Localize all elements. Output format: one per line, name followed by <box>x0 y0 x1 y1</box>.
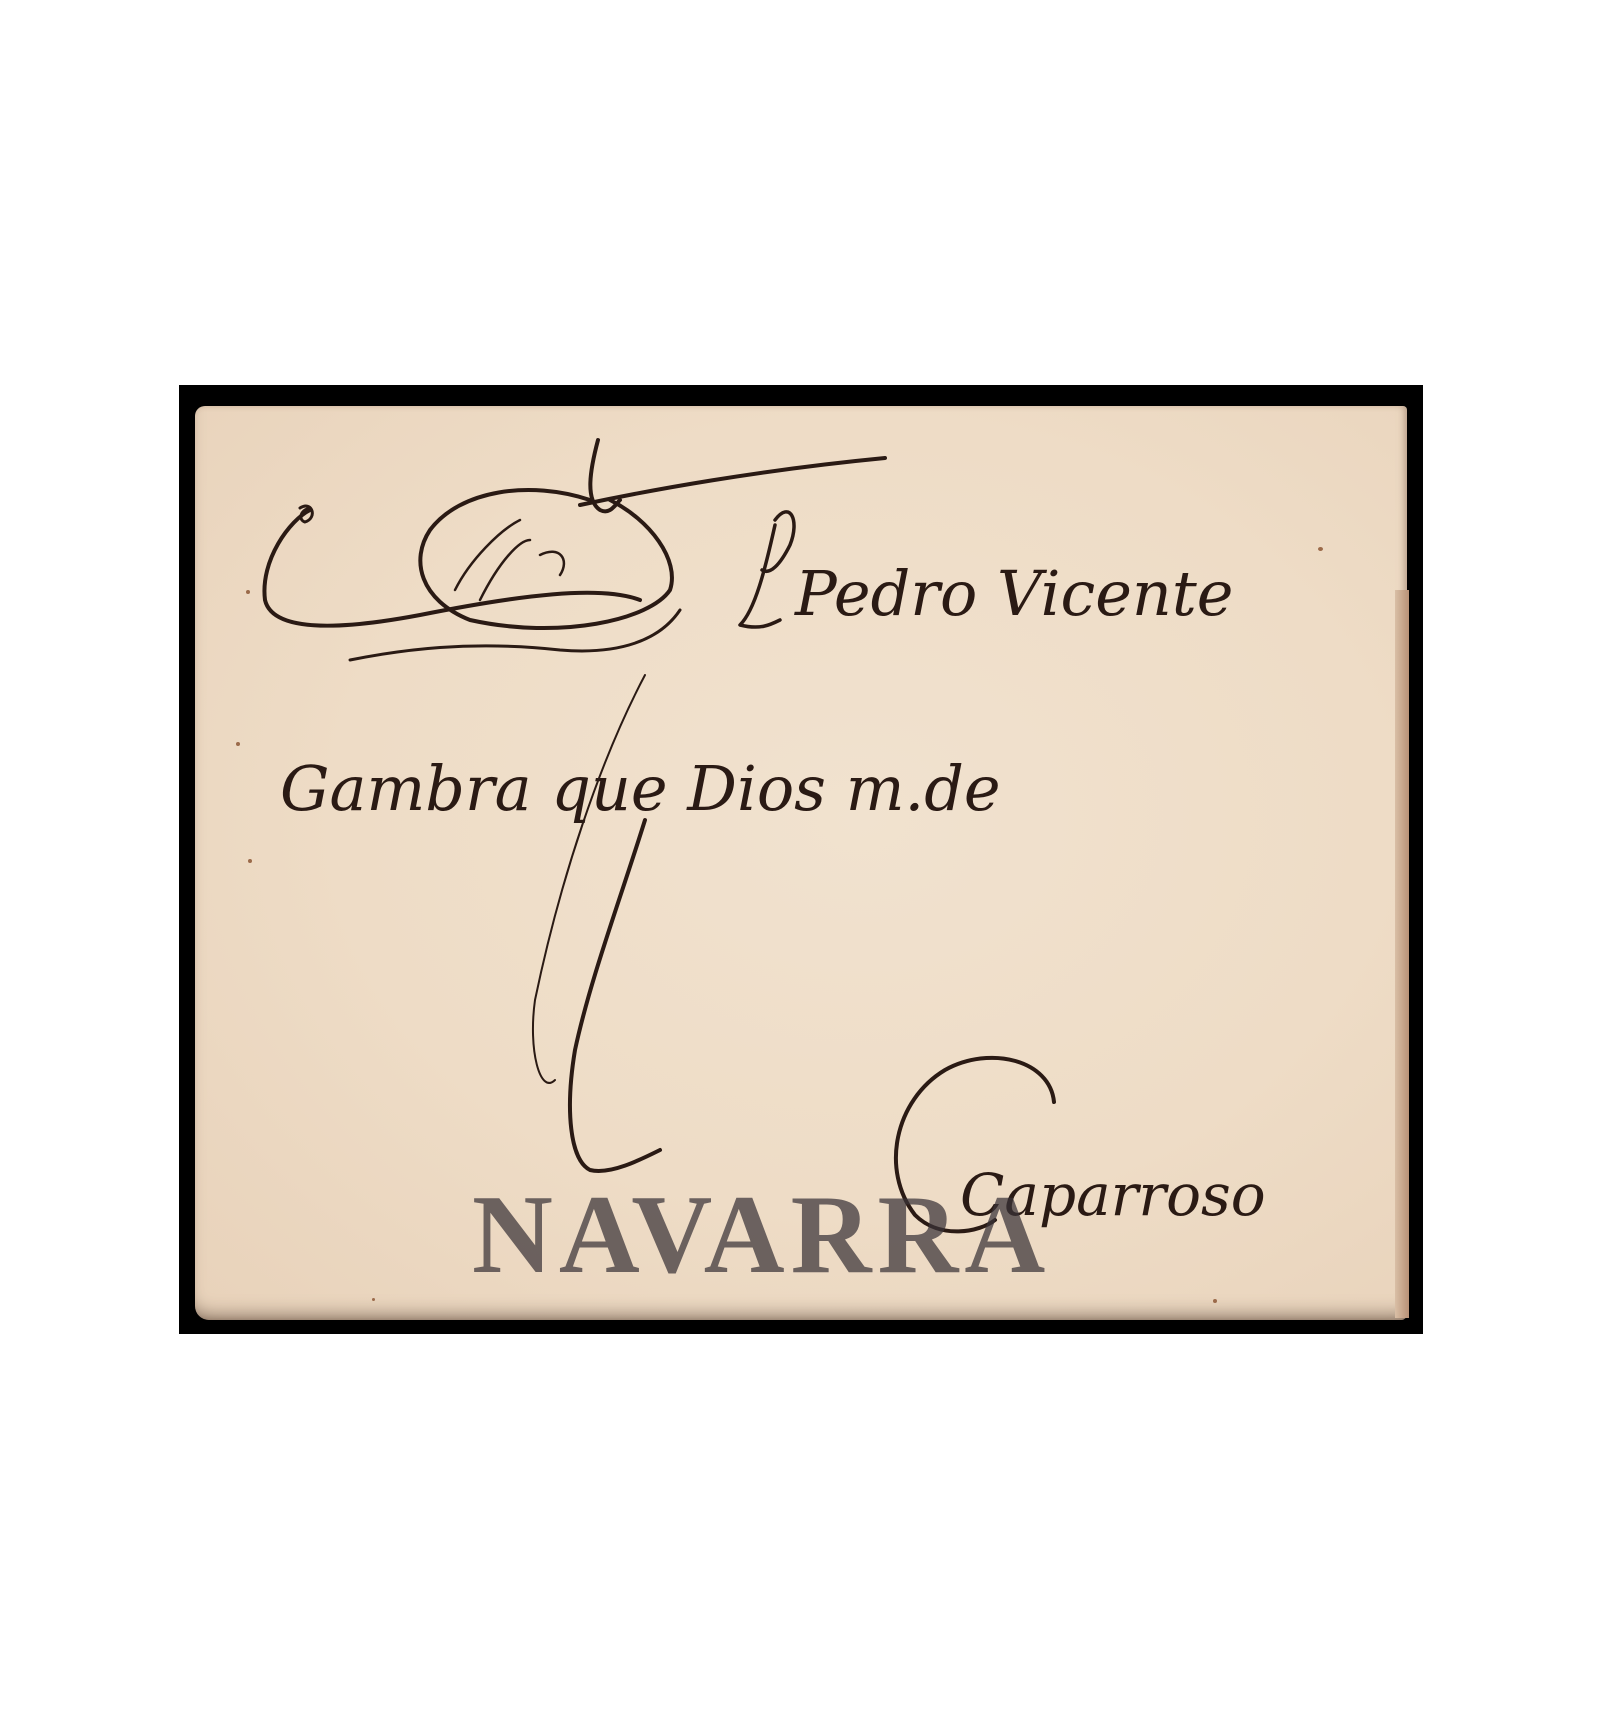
handstamp-layer: NAVARRA <box>0 0 1600 1710</box>
navarra-handstamp: NAVARRA <box>472 1173 1051 1297</box>
